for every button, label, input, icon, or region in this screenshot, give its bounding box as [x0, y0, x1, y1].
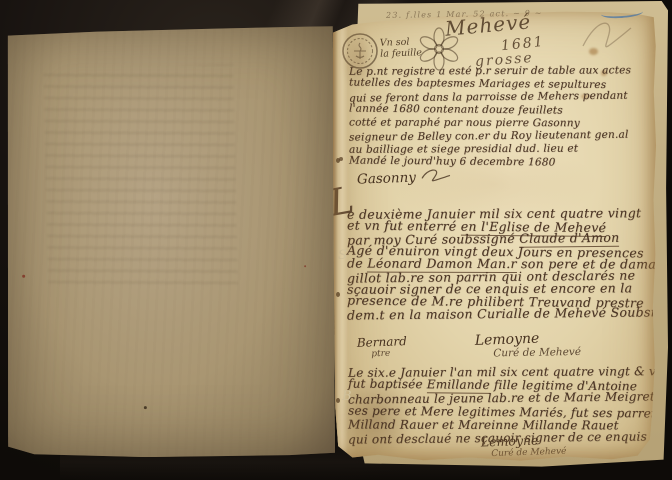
- signature-paraph-icon: [420, 167, 453, 183]
- ink-flourish: [579, 16, 635, 60]
- paper-speck: [304, 265, 306, 267]
- script-line: Mandé le jourd'huy 6 decembre 1680: [349, 155, 651, 171]
- script-text: au bailliage et siege presidial dud. lie…: [349, 143, 578, 156]
- signature-title: Curé de Mehevé: [491, 447, 567, 460]
- opening-act-text: Le p.nt registre a esté p.r seruir de ta…: [349, 65, 651, 169]
- lemoyne-signature-final: Lemoyne Curé de Mehevé: [481, 432, 567, 460]
- ink-bleedthrough: [43, 64, 238, 292]
- right-manuscript-page: Vn sol la feuille Mehevé 1681 grosse: [333, 10, 657, 462]
- gasonny-signature: Gasonny: [357, 167, 453, 187]
- margin-mark-b: B: [342, 389, 352, 404]
- paper-speck: [22, 275, 25, 278]
- lemoyne-signature: Lemoyne Curé de Mehevé: [475, 329, 582, 361]
- script-text: tutelles des baptesmes Mariages et sepul…: [349, 77, 606, 91]
- margin-mark-s: S: [338, 248, 347, 263]
- left-blank-page: [6, 26, 335, 458]
- script-text: fut baptisée: [348, 377, 427, 392]
- script-text: l'année 1680 contenant douze feuillets: [349, 103, 563, 117]
- signature-title: Curé de Mehevé: [493, 346, 581, 360]
- ink-mark: [339, 157, 343, 161]
- signature-name: Gasonny: [357, 170, 416, 188]
- script-line: dem.t en la maison Curialle de Mehevé So…: [347, 306, 653, 322]
- binding-stitch: [336, 398, 340, 403]
- binding-stitch: [336, 292, 340, 297]
- script-text: cotté et paraphé par nous pierre Gasonny: [349, 116, 580, 129]
- script-text: Le p.nt registre a esté p.r seruir de ta…: [349, 64, 631, 77]
- script-text: seigneur de Belley con.er du Roy lieuten…: [349, 129, 629, 144]
- paper-speck: [144, 406, 147, 409]
- script-text: de: [347, 255, 367, 270]
- bernard-signature: Bernard ptre: [357, 334, 408, 360]
- archival-register-scan: Vn sol la feuille Mehevé 1681 grosse: [0, 0, 672, 480]
- burial-act-text: e deuxième Januier mil six cent quatre v…: [347, 208, 653, 321]
- script-text: dem.t en la maison Curialle de Mehevé So…: [347, 304, 667, 322]
- signature-title: ptre: [371, 348, 407, 359]
- script-text: Mandé le jourd'huy 6 decembre 1680: [349, 155, 556, 169]
